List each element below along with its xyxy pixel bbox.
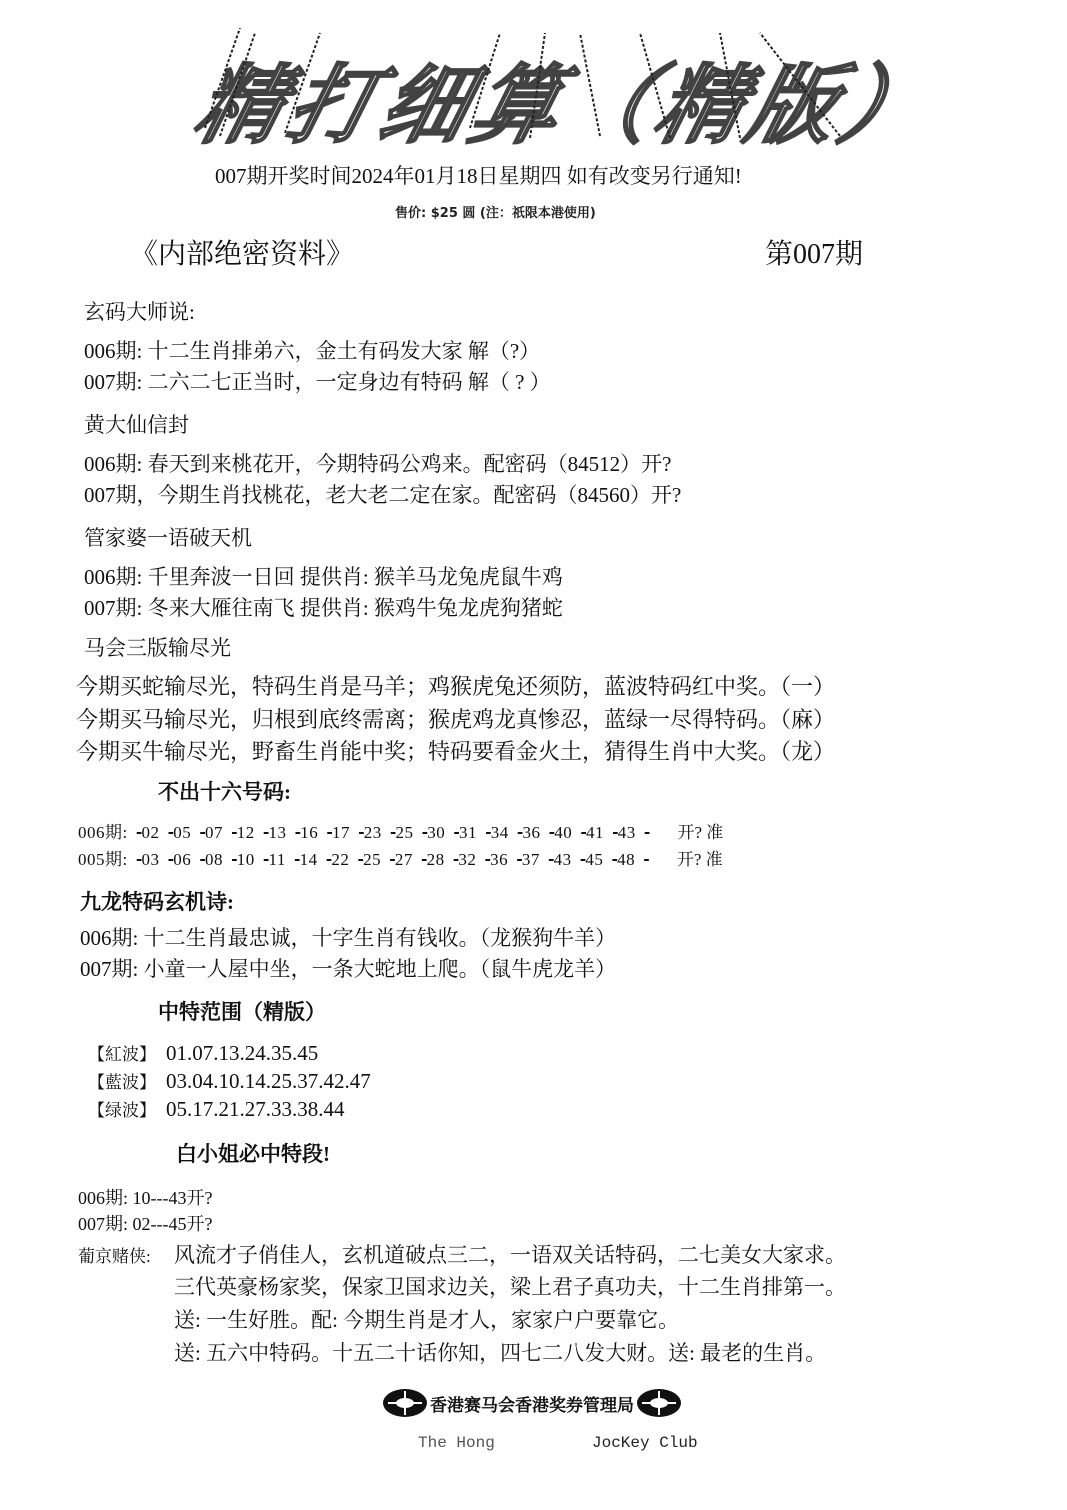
three-versions-line-3: 今期买牛输尽光，野畜生肖能中奖；特码要看金火土，猜得生肖中大奖。（龙） <box>76 735 835 766</box>
master-line-006: 006期: 十二生肖排弟六，金土有码发大家 解（?） <box>84 335 540 365</box>
jockey-club-logo-icon <box>382 1388 428 1418</box>
section-heading-master: 玄码大师说: <box>84 296 195 326</box>
wave-row-red: 【紅波】01.07.13.24.35.45 <box>88 1040 318 1066</box>
footer-org-name: 香港赛马会香港奖券管理局 <box>430 1391 634 1416</box>
banner-text: 精打细算（精版） <box>185 36 876 160</box>
three-versions-line-2: 今期买马输尽光，归根到底终需离；猴虎鸡龙真惨忍，蓝绿一尽得特码。（麻） <box>76 703 835 734</box>
envelope-line-007: 007期，今期生肖找桃花，老大老二定在家。配密码（84560）开? <box>84 479 681 509</box>
section-heading-miss-bai: 白小姐必中特段! <box>176 1138 330 1168</box>
miss-bai-line-006: 006期: 10---43开? <box>78 1184 212 1210</box>
section-heading-kowloon: 九龙特码玄机诗: <box>80 886 234 916</box>
housekeeper-line-006: 006期: 千里奔波一日回 提供肖: 猴羊马龙兔虎鼠牛鸡 <box>84 561 563 591</box>
section-heading-three-versions: 马会三版输尽光 <box>84 632 231 662</box>
sixteen-tail-005: 开? 准 <box>677 850 723 869</box>
kowloon-line-006: 006期: 十二生肖最忠诚，十字生肖有钱收。（龙猴狗牛羊） <box>80 922 616 952</box>
wave-row-green: 【绿波】05.17.21.27.33.38.44 <box>88 1096 345 1122</box>
wave-row-blue: 【藍波】03.04.10.14.25.37.42.47 <box>88 1068 371 1094</box>
draw-notice: 007期开奖时间2024年01月18日星期四 如有改变另行通知! <box>215 160 742 190</box>
section-heading-range: 中特范围（精版） <box>158 996 326 1026</box>
section-heading-envelope: 黄大仙信封 <box>84 409 189 439</box>
macau-line-2: 三代英豪杨家奖，保家卫国求边关，梁上君子真功夫，十二生肖排第一。 <box>174 1271 846 1301</box>
housekeeper-line-007: 007期: 冬来大雁往南飞 提供肖: 猴鸡牛兔龙虎狗猪蛇 <box>84 592 563 622</box>
sixteen-numbers-006: 006期: 02 05 07 12 13 16 17 23 25 30 31 3… <box>78 823 649 842</box>
macau-line-3: 送: 一生好胜。配: 今期生肖是才人，家家户户要靠它。 <box>174 1304 679 1334</box>
document-title: 《内部绝密资料》 <box>130 232 354 272</box>
three-versions-line-1: 今期买蛇输尽光，特码生肖是马羊；鸡猴虎兔还须防，蓝波特码红中奖。（一） <box>76 670 835 701</box>
sixteen-numbers-005: 005期: 03 06 08 10 11 14 22 25 27 28 32 3… <box>78 850 649 869</box>
macau-line-4: 送: 五六中特码。十五二十话你知，四七二八发大财。送: 最老的生肖。 <box>174 1337 826 1367</box>
issue-number: 第007期 <box>765 232 863 272</box>
jockey-club-logo-icon <box>636 1388 682 1418</box>
sixteen-tail-006: 开? 准 <box>677 823 723 842</box>
banner-title: 精打细算（精版） <box>200 28 860 148</box>
section-heading-sixteen: 不出十六号码: <box>158 776 291 806</box>
miss-bai-line-007: 007期: 02---45开? <box>78 1210 212 1236</box>
section-heading-housekeeper: 管家婆一语破天机 <box>84 522 252 552</box>
footer-english-left: The Hong <box>418 1434 495 1452</box>
footer-english-right: JocKey Club <box>592 1434 698 1452</box>
kowloon-line-007: 007期: 小童一人屋中坐，一条大蛇地上爬。（鼠牛虎龙羊） <box>80 953 616 983</box>
sixteen-row-006: 006期: 02 05 07 12 13 16 17 23 25 30 31 3… <box>78 818 723 843</box>
sixteen-row-005: 005期: 03 06 08 10 11 14 22 25 27 28 32 3… <box>78 845 723 870</box>
master-line-007: 007期: 二六二七正当时，一定身边有特码 解（ ? ） <box>84 366 551 396</box>
envelope-line-006: 006期: 春天到来桃花开，今期特码公鸡来。配密码（84512）开? <box>84 448 671 478</box>
price-note: 售价: $25 圆 (注：祇限本港使用) <box>395 202 596 221</box>
macau-label: 葡京赌侠: <box>78 1242 151 1267</box>
macau-line-1: 风流才子俏佳人，玄机道破点三二，一语双关话特码，二七美女大家求。 <box>174 1239 846 1269</box>
footer-organization: 香港赛马会香港奖券管理局 <box>382 1386 682 1420</box>
